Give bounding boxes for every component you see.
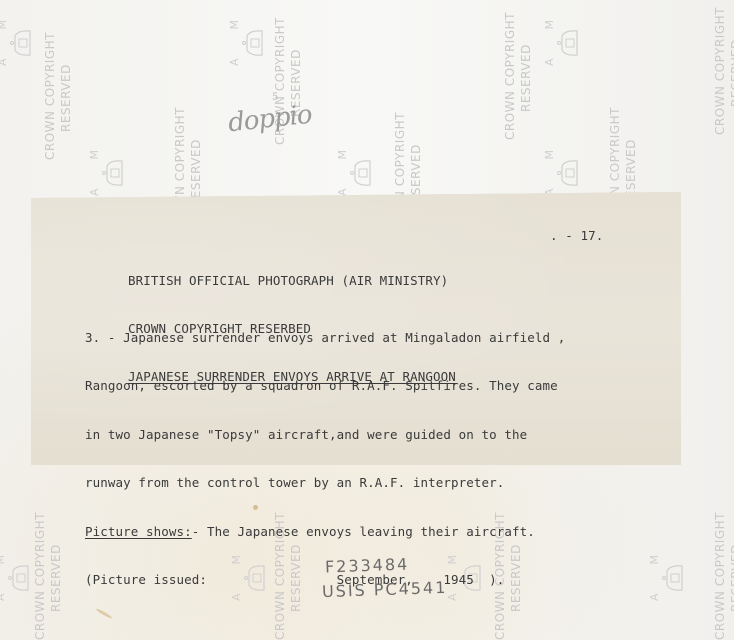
- body-line: runway from the control tower by an R.A.…: [85, 475, 565, 491]
- crown-crest-icon: AM: [230, 20, 276, 66]
- header-agency: BRITISH OFFICIAL PHOTOGRAPH (AIR MINISTR…: [128, 273, 456, 289]
- crown-crest-icon: AM: [650, 555, 696, 601]
- watermark: CROWN COPYRIGHT RESERVED: [695, 490, 734, 640]
- crown-crest-icon: AM: [545, 20, 591, 66]
- picture-shows-line: Picture shows:- The Japanese envoys leav…: [85, 524, 565, 540]
- picture-shows-label: Picture shows:: [85, 524, 192, 539]
- crown-crest-icon: AM: [545, 150, 591, 196]
- watermark: CROWN COPYRIGHT RESERVED: [485, 0, 545, 140]
- crown-crest-icon: AM: [90, 150, 136, 196]
- watermark: CROWN COPYRIGHT RESERVED: [25, 10, 85, 160]
- reference-number: F233484: [325, 555, 410, 577]
- watermark: CROWN COPYRIGHT RESERVED: [695, 0, 734, 135]
- pencil-mark: 5: [272, 92, 278, 103]
- picture-shows-text: - The Japanese envoys leaving their airc…: [192, 524, 535, 539]
- pencil-signature: doppio: [227, 100, 313, 139]
- body-line: 3. - Japanese surrender envoys arrived a…: [85, 330, 565, 346]
- body-line: Rangoon, escorted by a squadron of R.A.F…: [85, 378, 565, 394]
- crown-crest-icon: AM: [0, 555, 42, 601]
- watermark: CROWN COPYRIGHT RESERVED: [15, 490, 75, 640]
- page-marker: . - 17.: [550, 228, 603, 244]
- body-line: in two Japanese "Topsy" aircraft,and wer…: [85, 427, 565, 443]
- photo-back-sheet: CROWN COPYRIGHT RESERVED CROWN COPYRIGHT…: [0, 0, 734, 640]
- crown-crest-icon: AM: [0, 20, 44, 66]
- crown-crest-icon: AM: [338, 150, 384, 196]
